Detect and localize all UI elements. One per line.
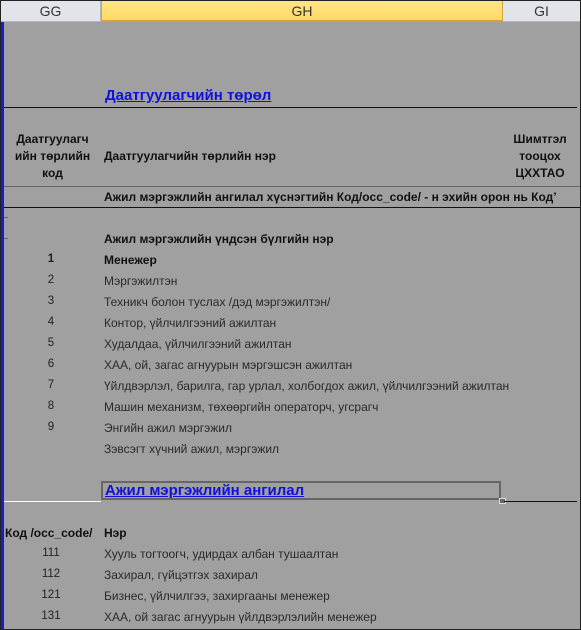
occupation-classification-link[interactable]: Ажил мэргэжлийн ангилал [105, 482, 304, 499]
header-insured-type-name: Даатгуулагчийн төрлийн нэр [104, 149, 276, 163]
row-code[interactable]: 112 [1, 568, 101, 580]
row-code[interactable]: 6 [1, 358, 101, 370]
column-header-gi[interactable]: GI [503, 1, 580, 22]
row-tick [4, 238, 8, 239]
divider [504, 501, 577, 502]
insured-type-link[interactable]: Даатгуулагчийн төрөл [105, 87, 271, 104]
row-name[interactable]: Машин механизм, төхөөргийн операторч, уг… [104, 400, 378, 414]
row-code[interactable]: 3 [1, 295, 101, 307]
row-name[interactable]: Бизнес, үйлчилгээ, захиргааны менежер [104, 589, 330, 603]
header-insured-type-code: Даатгуулагч ийн төрлийн код [4, 131, 101, 182]
row-code[interactable]: 2 [1, 274, 101, 286]
row-name[interactable]: Зэвсэгт хүчний ажил, мэргэжил [104, 442, 279, 456]
header-rate-line: Шимтгэл [501, 131, 579, 148]
row-code[interactable]: 131 [1, 610, 101, 622]
row-name[interactable]: Хууль тогтоогч, удирдах албан тушаалтан [104, 547, 338, 561]
header-occ-name: Нэр [104, 526, 127, 540]
row-name[interactable]: ХАА, ой загас агнуурын үйлдвэрлэлийн мен… [104, 610, 377, 624]
header-code-line: Даатгуулагч [4, 131, 101, 148]
row-code[interactable]: 4 [1, 316, 101, 328]
row-code[interactable]: 1 [1, 253, 101, 265]
row-name[interactable]: Энгийн ажил мэргэжил [104, 421, 232, 435]
header-code-line: код [4, 165, 101, 182]
header-rate-line: ЦХХТАО [501, 165, 579, 182]
row-code[interactable]: 5 [1, 337, 101, 349]
divider [4, 207, 580, 208]
row-name[interactable]: Захирал, гүйцэтгэх захирал [104, 568, 258, 582]
row-code[interactable]: 111 [1, 547, 101, 559]
spreadsheet-grid[interactable]: GG GH GI Даатгуулагчийн төрөл Даатгуулаг… [0, 0, 581, 630]
row-name[interactable]: Менежер [104, 253, 157, 267]
row-name[interactable]: Контор, үйлчилгээний ажилтан [104, 316, 276, 330]
row-code[interactable]: 121 [1, 589, 101, 601]
row-code[interactable]: 7 [1, 379, 101, 391]
row-name[interactable]: Техникч болон туслах /дэд мэргэжилтэн/ [104, 295, 330, 309]
row-name[interactable]: Худалдаа, үйлчилгээний ажилтан [104, 337, 292, 351]
row-name[interactable]: Үйлдвэрлэл, барилга, гар урлал, холбогдо… [104, 379, 509, 393]
row-name[interactable]: ХАА, ой, загас агнуурын мэргэшсэн ажилта… [104, 358, 352, 372]
header-occ-code: Код /occ_code/ [5, 526, 92, 540]
header-rate-line: тооцох [501, 148, 579, 165]
header-code-line: ийн төрлийн [4, 148, 101, 165]
row-code[interactable]: 8 [1, 400, 101, 412]
column-header-gh[interactable]: GH [101, 1, 503, 22]
row-tick [4, 217, 8, 218]
divider [4, 186, 580, 187]
row-name[interactable]: Мэргэжилтэн [104, 274, 177, 288]
header-rate: Шимтгэл тооцох ЦХХТАО [501, 131, 579, 182]
column-header-gg[interactable]: GG [1, 1, 101, 22]
divider [4, 107, 577, 108]
row-code[interactable]: 9 [1, 421, 101, 433]
divider [4, 501, 101, 502]
group-title: Ажил мэргэжлийн үндсэн бүлгийн нэр [104, 232, 334, 246]
note-text: Ажил мэргэжлийн ангилал хүснэгтийн Код/o… [104, 190, 557, 204]
